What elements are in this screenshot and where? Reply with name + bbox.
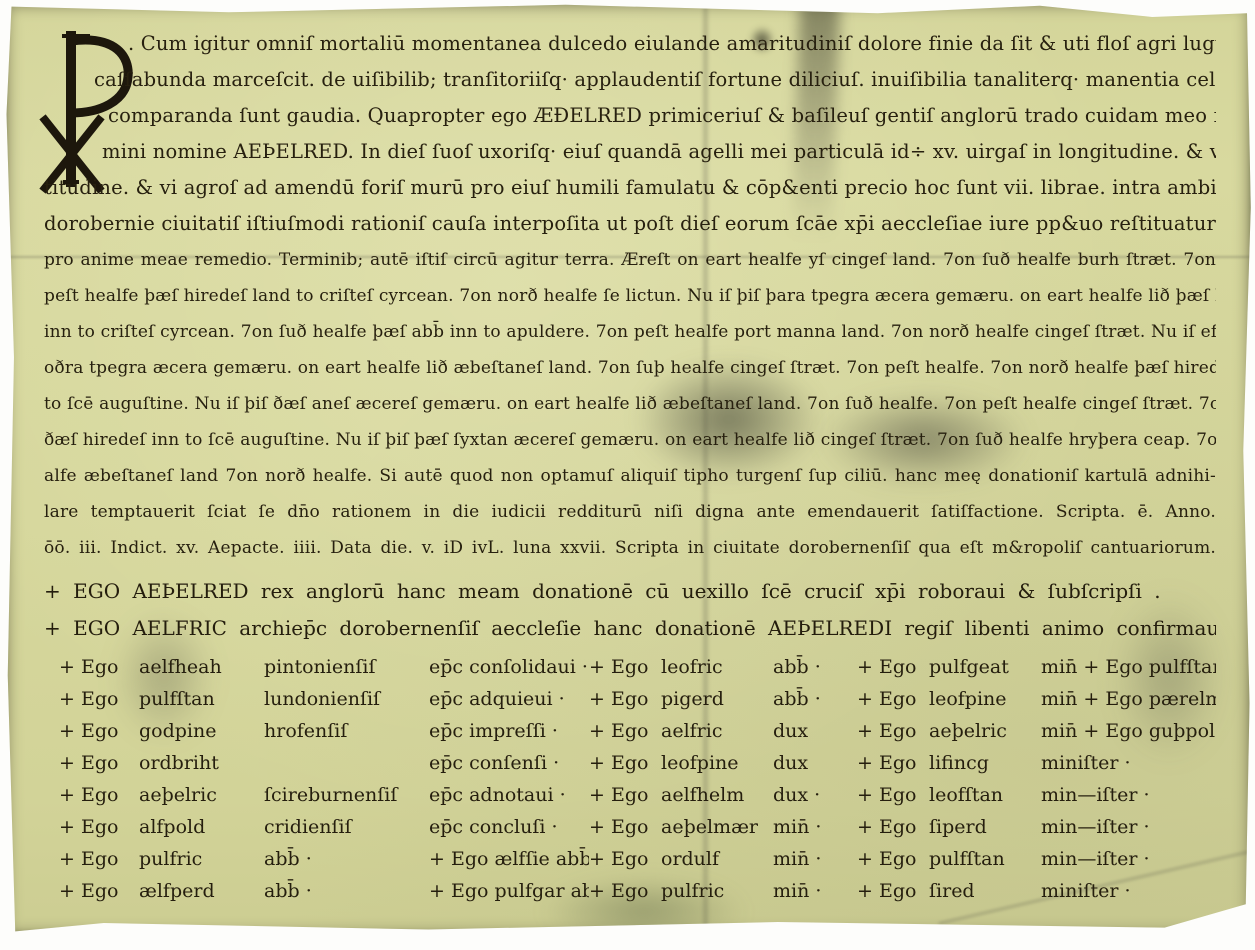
witness-title: miniſter · (1041, 875, 1216, 907)
cross-ego: + Ego (589, 683, 661, 715)
witness-name: aeþelmær (661, 811, 773, 843)
cross-ego: + Ego (589, 715, 661, 747)
charter-line: comparanda ſunt gaudia. Quapropter ego Æ… (44, 98, 1216, 134)
charter-sheet: . Cum igitur omniſ mortaliū momentanea d… (4, 2, 1252, 937)
witness-name: pulfric (139, 843, 264, 875)
witness-list: + Egoaelfheahpintonienſiſep̄c conſolidau… (44, 651, 1216, 907)
cross-ego: + Ego (59, 651, 139, 683)
cross-ego: + Ego (589, 747, 661, 779)
cross-ego: + Ego (589, 779, 661, 811)
witness-title: dux · (773, 779, 857, 811)
cross-ego: + Ego (589, 843, 661, 875)
witness-row: + Egoalfpoldcridienſiſep̄c concluſi · + … (59, 811, 1216, 843)
witness-name: godpine (139, 715, 264, 747)
witness-see: cridienſiſ (264, 811, 429, 843)
witness-row: + Egogodpinehrofenſiſep̄c impreſſi · + E… (59, 715, 1216, 747)
witness-name: aelfheah (139, 651, 264, 683)
witness-name: ſired (929, 875, 1041, 907)
cross-ego: + Ego (857, 683, 929, 715)
witness-attestation: ep̄c adnotaui · (429, 779, 589, 811)
witness-attestation: ep̄c adquieui · (429, 683, 589, 715)
cross-ego: + Ego (59, 747, 139, 779)
witness-name: ælfperd (139, 875, 264, 907)
witness-see: ſcireburnenſiſ (264, 779, 429, 811)
witness-name: ſiperd (929, 811, 1041, 843)
witness-name: aelfhelm (661, 779, 773, 811)
page-background: . Cum igitur omniſ mortaliū momentanea d… (0, 0, 1255, 950)
witness-name: pulfſtan (139, 683, 264, 715)
witness-name: pulfgeat (929, 651, 1041, 683)
witness-title: dux (773, 715, 857, 747)
charter-line: dorobernie ciuitatiſ iſtiuſmodi rationiſ… (44, 206, 1216, 242)
charter-line: pro anime meae remedio. Terminib; autē i… (44, 242, 1216, 278)
witness-see: abb̄ · (264, 843, 429, 875)
witness-row: + Egoaelfheahpintonienſiſep̄c conſolidau… (59, 651, 1216, 683)
witness-row: + Egopulfſtanlundonienſiſep̄c adquieui ·… (59, 683, 1216, 715)
cross-ego: + Ego (59, 875, 139, 907)
bounds-line: to ſcē auguſtine. Nu iſ þiſ ðæſ aneſ æce… (44, 386, 1216, 422)
witness-name: ordulf (661, 843, 773, 875)
witness-name: pulfſtan (929, 843, 1041, 875)
witness-attestation: ep̄c conſenſi · (429, 747, 589, 779)
witness-title: miniſter · (1041, 747, 1216, 779)
cross-ego: + Ego (59, 811, 139, 843)
witness-name: aelfric (661, 715, 773, 747)
royal-subscription: + EGO AEÞELRED rex anglorū hanc meam don… (44, 573, 1216, 610)
royal-subscriptions: + EGO AEÞELRED rex anglorū hanc meam don… (44, 573, 1216, 647)
witness-title: min̄ · (773, 811, 857, 843)
sanction-line: alfe æbeſtaneſ land 7on norð healfe. Si … (44, 458, 1216, 494)
witness-name: leofpine (661, 747, 773, 779)
witness-see: lundonienſiſ (264, 683, 429, 715)
witness-name: aeþelric (929, 715, 1041, 747)
witness-title: min—iſter · (1041, 843, 1216, 875)
witness-name: leofric (661, 651, 773, 683)
witness-title: min—iſter · (1041, 811, 1216, 843)
witness-row: + Egoaeþelricſcireburnenſiſep̄c adnotaui… (59, 779, 1216, 811)
witness-name: aeþelric (139, 779, 264, 811)
witness-name: lifincg (929, 747, 1041, 779)
cross-ego: + Ego (59, 683, 139, 715)
witness-title: abb̄ · (773, 683, 857, 715)
witness-attestation: ep̄c concluſi · (429, 811, 589, 843)
cross-ego: + Ego (589, 875, 661, 907)
charter-line: titudine. & vi agroſ ad amendū foriſ mur… (44, 170, 1216, 206)
bounds-line: ðæſ hiredeſ inn to ſcē auguſtine. Nu iſ … (44, 422, 1216, 458)
charter-text-block: . Cum igitur omniſ mortaliū momentanea d… (44, 26, 1216, 907)
witness-row: + Egoælfperdabb̄ ·+ Ego pulfgar abb̄ · +… (59, 875, 1216, 907)
witness-title: min̄ + Ego pærelm · (1041, 683, 1216, 715)
witness-title: dux (773, 747, 857, 779)
cross-ego: + Ego (59, 843, 139, 875)
cross-ego: + Ego (857, 811, 929, 843)
charter-line: mini nomine AEÞELRED. In dieſ ſuoſ uxori… (44, 134, 1216, 170)
sanction-line: lare temptauerit ſciat ſe dn̄o rationem … (44, 494, 1216, 530)
bounds-line: oðra tpegra æcera gemæru. on eart healfe… (44, 350, 1216, 386)
cross-ego: + Ego (589, 811, 661, 843)
witness-see: hrofenſiſ (264, 715, 429, 747)
cross-ego: + Ego (857, 747, 929, 779)
witness-name: leofpine (929, 683, 1041, 715)
cross-ego: + Ego (59, 715, 139, 747)
bounds-line: peſt healfe þæſ hiredeſ land to criſteſ … (44, 278, 1216, 314)
witness-see: abb̄ · (264, 875, 429, 907)
witness-title: min̄ + Ego pulfſtan · (1041, 651, 1216, 683)
archbishop-subscription: + EGO AELFRIC archiep̄c dorobernenſiſ ae… (44, 610, 1216, 647)
witness-name: pulfric (661, 875, 773, 907)
witness-see: pintonienſiſ (264, 651, 429, 683)
witness-attestation: + Ego ælfſie abb̄ · (429, 843, 589, 875)
witness-name: leofſtan (929, 779, 1041, 811)
cross-ego: + Ego (857, 715, 929, 747)
witness-attestation: ep̄c impreſſi · (429, 715, 589, 747)
witness-attestation: + Ego pulfgar abb̄ · (429, 875, 589, 907)
witness-name: pigerd (661, 683, 773, 715)
witness-title: min—iſter · (1041, 779, 1216, 811)
cross-ego: + Ego (589, 651, 661, 683)
witness-row: + Egoordbrihtep̄c conſenſi · + Egoleofpi… (59, 747, 1216, 779)
dating-clause: ōō. iii. Indict. xv. Aepacte. iiii. Data… (44, 530, 1216, 566)
cross-ego: + Ego (857, 651, 929, 683)
witness-see (264, 747, 429, 779)
witness-title: min̄ · (773, 875, 857, 907)
bounds-line: inn to criſteſ cyrcean. 7on ſuð healfe þ… (44, 314, 1216, 350)
witness-row: + Egopulfricabb̄ ·+ Ego ælfſie abb̄ · + … (59, 843, 1216, 875)
cross-ego: + Ego (857, 843, 929, 875)
charter-line: . Cum igitur omniſ mortaliū momentanea d… (44, 26, 1216, 62)
cross-ego: + Ego (857, 875, 929, 907)
witness-title: min̄ · (773, 843, 857, 875)
witness-title: abb̄ · (773, 651, 857, 683)
witness-name: ordbriht (139, 747, 264, 779)
witness-title: min̄ + Ego guþpold · (1041, 715, 1216, 747)
witness-attestation: ep̄c conſolidaui · (429, 651, 589, 683)
cross-ego: + Ego (857, 779, 929, 811)
charter-line: caſſabunda marceſcit. de uiſibilib; tran… (44, 62, 1216, 98)
cross-ego: + Ego (59, 779, 139, 811)
witness-name: alfpold (139, 811, 264, 843)
